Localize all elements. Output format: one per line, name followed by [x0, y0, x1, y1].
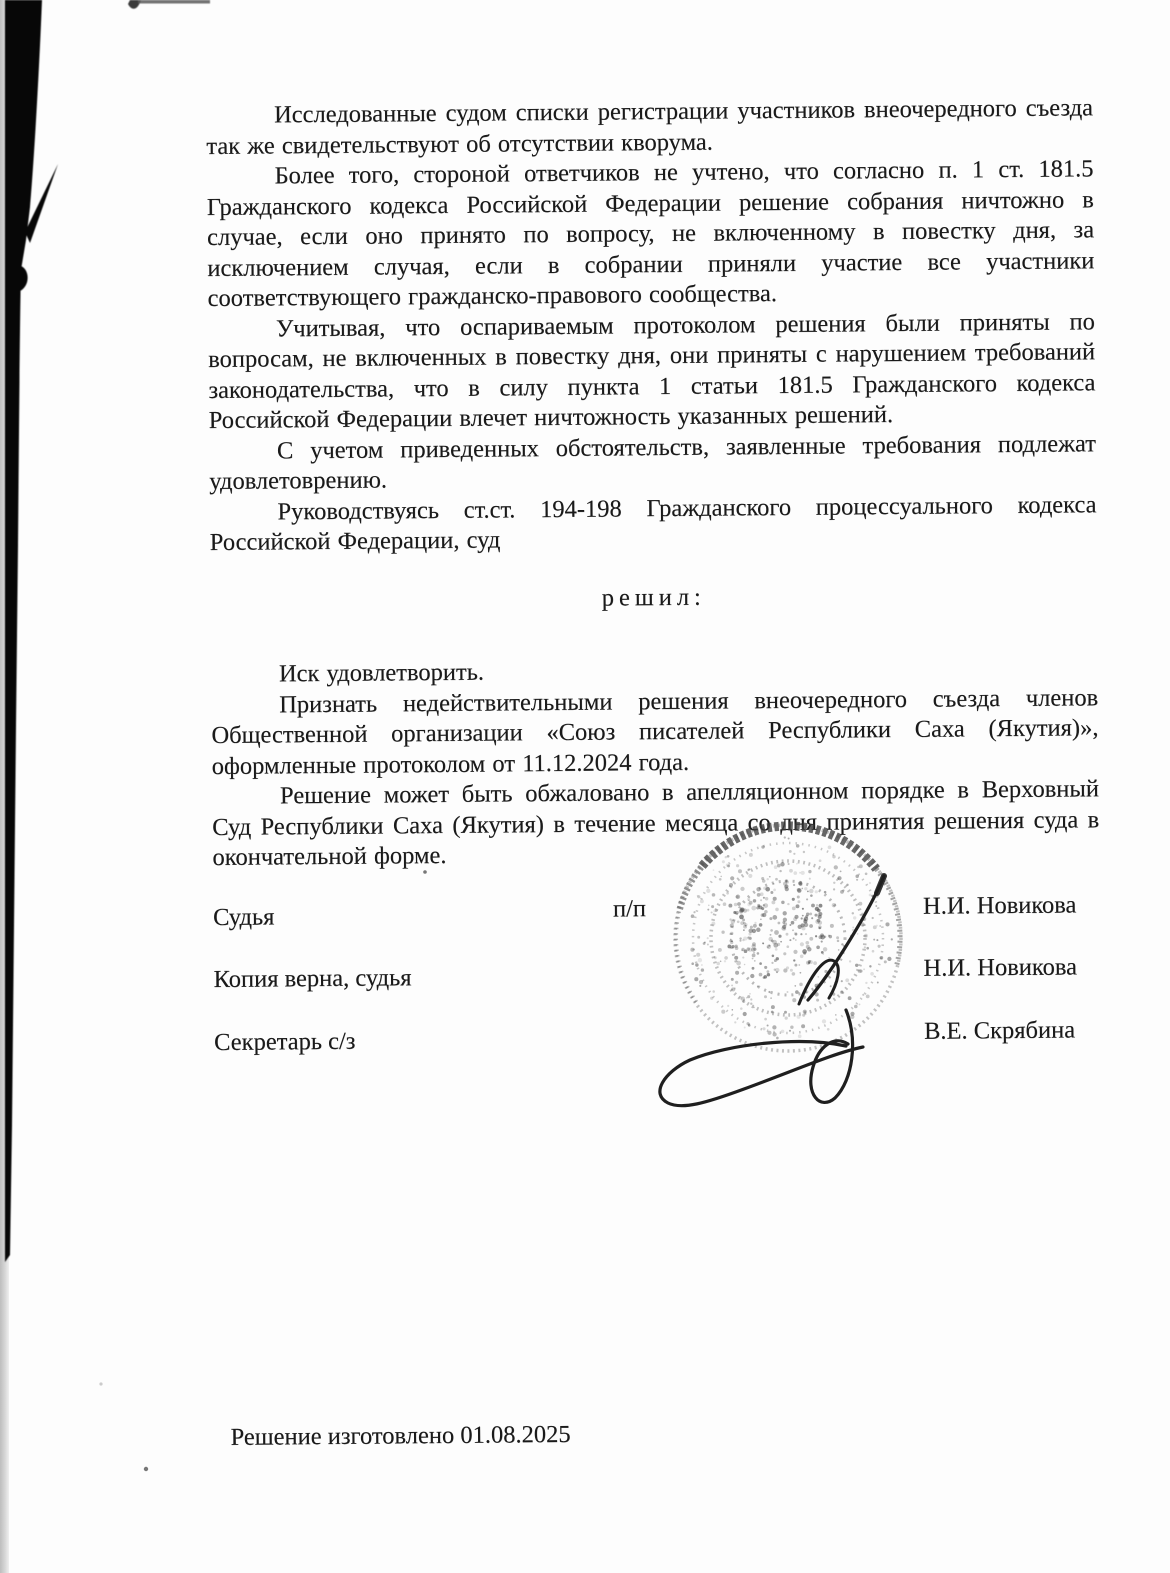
paragraph-quorum-finding: Исследованные судом списки регистрации у… — [206, 93, 1093, 162]
paragraph-guided-by: Руководствуясь ст.ст. 194-198 Гражданско… — [209, 490, 1096, 559]
decision-prepared-line: Решение изготовлено 01.08.2025 — [230, 1420, 570, 1453]
paragraph-claims-satisfied: С учетом приведенных обстоятельств, заяв… — [209, 429, 1096, 498]
judge-name: Н.И. Новикова — [923, 890, 1100, 922]
copy-correct-label: Копия верна, судья — [213, 961, 613, 995]
paragraph-article-181-5: Более того, стороной ответчиков не учтен… — [206, 154, 1094, 314]
scan-speck — [144, 1467, 148, 1471]
scan-speck — [99, 1382, 102, 1385]
pp-mark: п/п — [613, 891, 923, 924]
paragraph-violation-conclusion: Учитывая, что оспариваемым протоколом ре… — [208, 307, 1096, 437]
signature-row-judge: Судья п/п Н.И. Новикова — [213, 895, 1100, 933]
scan-top-hook — [128, 0, 141, 9]
signature-row-copy-correct: Копия верна, судья Н.И. Новикова — [213, 957, 1100, 995]
paragraph-appeal-procedure: Решение может быть обжаловано в апелляци… — [212, 774, 1100, 873]
signature-block: Судья п/п Н.И. Новикова Копия верна, суд… — [213, 895, 1101, 1058]
resolution-heading: решил: — [210, 579, 1097, 617]
scanner-edge-strip — [0, 0, 9, 1573]
scanned-court-decision-page: Исследованные судом списки регистрации у… — [0, 0, 1170, 1573]
judge-name: Н.И. Новикова — [923, 952, 1100, 984]
signature-row-secretary: Секретарь с/з В.Е. Скрябина — [214, 1020, 1101, 1058]
scan-hook-artifact — [18, 266, 28, 291]
secretary-name: В.Е. Скрябина — [924, 1015, 1101, 1047]
secretary-label: Секретарь с/з — [214, 1024, 614, 1058]
scan-wedge-artifact — [25, 164, 58, 243]
document-content: Исследованные судом списки регистрации у… — [205, 0, 1106, 1573]
judge-label: Судья — [213, 899, 613, 933]
paragraph-invalidate-decisions: Признать недействительными решения внеоч… — [211, 683, 1099, 782]
scan-top-streak — [138, 0, 210, 4]
scan-black-band — [5, 0, 42, 1262]
document-body-text: Исследованные судом списки регистрации у… — [206, 93, 1102, 1090]
